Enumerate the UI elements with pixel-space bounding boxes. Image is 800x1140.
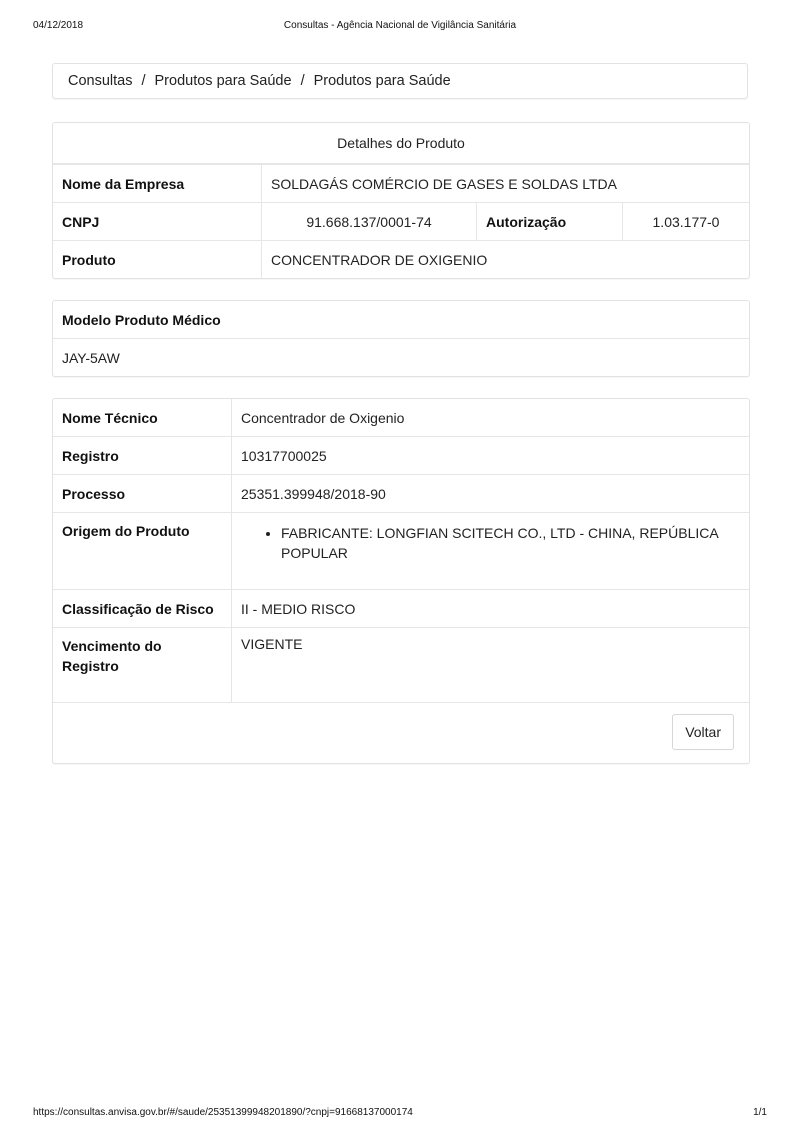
model-panel: Modelo Produto Médico JAY-5AW xyxy=(52,300,750,377)
product-details-panel: Detalhes do Produto Nome da Empresa SOLD… xyxy=(52,122,750,279)
origin-label: Origem do Produto xyxy=(53,513,232,590)
model-label: Modelo Produto Médico xyxy=(53,301,749,339)
breadcrumb-item-consultas[interactable]: Consultas xyxy=(68,73,132,89)
table-row: Classificação de Risco II - MEDIO RISCO xyxy=(53,590,749,628)
technical-name-label: Nome Técnico xyxy=(53,399,232,437)
breadcrumb: Consultas / Produtos para Saúde / Produt… xyxy=(52,63,748,99)
authorization-label: Autorização xyxy=(477,203,623,241)
origin-list: FABRICANTE: LONGFIAN SCITECH CO., LTD - … xyxy=(241,523,740,563)
registration-panel: Nome Técnico Concentrador de Oxigenio Re… xyxy=(52,398,750,764)
table-row: CNPJ 91.668.137/0001-74 Autorização 1.03… xyxy=(53,203,749,241)
breadcrumb-separator: / xyxy=(141,73,145,89)
panel-title: Detalhes do Produto xyxy=(53,123,749,164)
list-item: FABRICANTE: LONGFIAN SCITECH CO., LTD - … xyxy=(281,523,740,563)
back-button[interactable]: Voltar xyxy=(672,714,734,750)
table-row: Processo 25351.399948/2018-90 xyxy=(53,475,749,513)
table-row: Origem do Produto FABRICANTE: LONGFIAN S… xyxy=(53,513,749,590)
company-name-value: SOLDAGÁS COMÉRCIO DE GASES E SOLDAS LTDA xyxy=(262,164,750,203)
risk-class-value: II - MEDIO RISCO xyxy=(232,590,750,628)
breadcrumb-item-produtos-saude[interactable]: Produtos para Saúde xyxy=(155,73,292,89)
process-value: 25351.399948/2018-90 xyxy=(232,475,750,513)
print-page-title: Consultas - Agência Nacional de Vigilânc… xyxy=(0,20,800,31)
registration-value: 10317700025 xyxy=(232,437,750,475)
model-value: JAY-5AW xyxy=(53,339,749,377)
expiry-value: VIGENTE xyxy=(232,628,750,703)
company-name-label: Nome da Empresa xyxy=(53,164,262,203)
product-label: Produto xyxy=(53,241,262,279)
table-row: Nome da Empresa SOLDAGÁS COMÉRCIO DE GAS… xyxy=(53,164,749,203)
breadcrumb-separator: / xyxy=(301,73,305,89)
technical-name-value: Concentrador de Oxigenio xyxy=(232,399,750,437)
table-row: Produto CONCENTRADOR DE OXIGENIO xyxy=(53,241,749,279)
print-page-number: 1/1 xyxy=(753,1107,767,1118)
expiry-label: Vencimento do Registro xyxy=(53,628,232,703)
product-details-table: Detalhes do Produto Nome da Empresa SOLD… xyxy=(53,123,749,278)
cnpj-value: 91.668.137/0001-74 xyxy=(262,203,477,241)
table-row: Nome Técnico Concentrador de Oxigenio xyxy=(53,399,749,437)
actions-row: Voltar xyxy=(53,702,749,763)
cnpj-label: CNPJ xyxy=(53,203,262,241)
registration-table: Nome Técnico Concentrador de Oxigenio Re… xyxy=(53,399,749,702)
product-value: CONCENTRADOR DE OXIGENIO xyxy=(262,241,750,279)
table-row: Registro 10317700025 xyxy=(53,437,749,475)
table-row: JAY-5AW xyxy=(53,339,749,377)
table-row: Modelo Produto Médico xyxy=(53,301,749,339)
table-row: Vencimento do Registro VIGENTE xyxy=(53,628,749,703)
authorization-value: 1.03.177-0 xyxy=(623,203,750,241)
print-url: https://consultas.anvisa.gov.br/#/saude/… xyxy=(33,1107,413,1118)
origin-value: FABRICANTE: LONGFIAN SCITECH CO., LTD - … xyxy=(232,513,750,590)
breadcrumb-item-current: Produtos para Saúde xyxy=(314,73,451,89)
risk-class-label: Classificação de Risco xyxy=(53,590,232,628)
model-table: Modelo Produto Médico JAY-5AW xyxy=(53,301,749,376)
registration-label: Registro xyxy=(53,437,232,475)
process-label: Processo xyxy=(53,475,232,513)
